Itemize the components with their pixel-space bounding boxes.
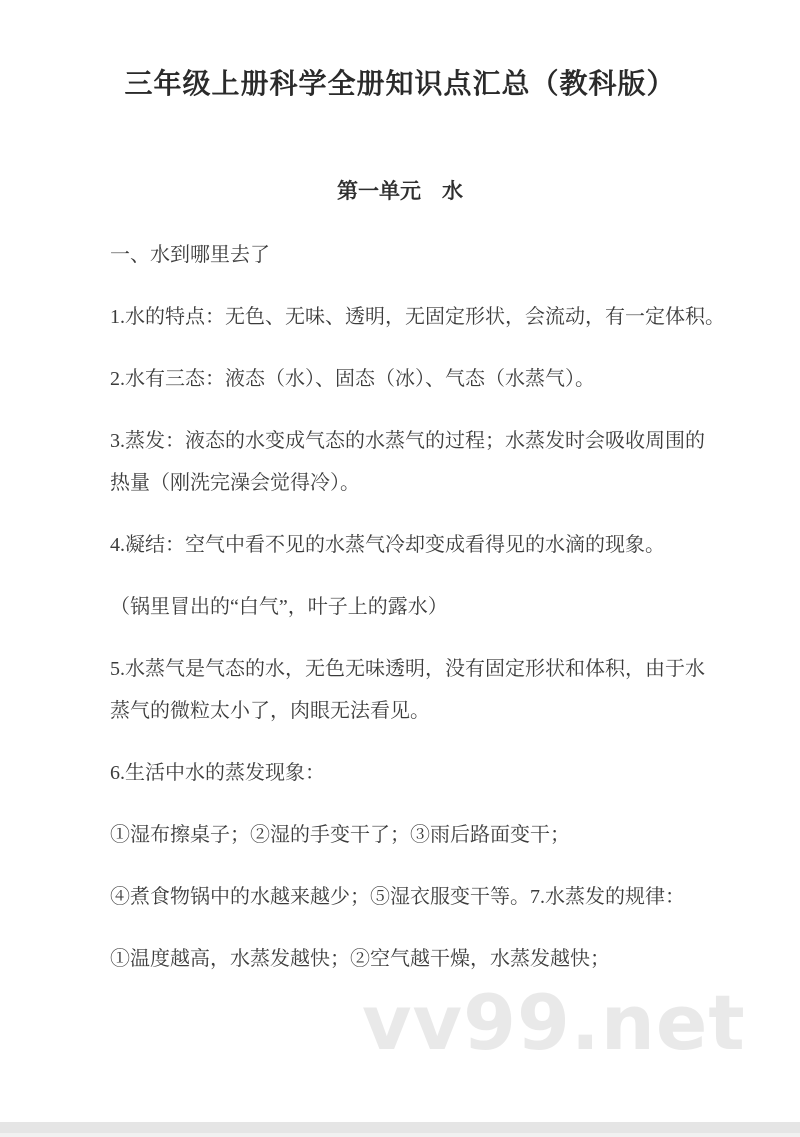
page-gap-divider (0, 1122, 800, 1133)
text-line: 4.凝结：空气中看不见的水蒸气冷却变成看得见的水滴的现象。 (110, 524, 710, 566)
paragraph: 2.水有三态：液态（水）、固态（冰）、气态（水蒸气）。 (110, 358, 710, 400)
text-line: ①温度越高，水蒸发越快；②空气越干燥，水蒸发越快； (110, 938, 710, 980)
text-line: 6.生活中水的蒸发现象： (110, 752, 710, 794)
text-line: 3.蒸发：液态的水变成气态的水蒸气的过程；水蒸发时会吸收周围的 (110, 420, 710, 462)
paragraph: ①湿布擦桌子；②湿的手变干了；③雨后路面变干； (110, 814, 710, 856)
text-line: 蒸气的微粒太小了，肉眼无法看见。 (110, 690, 710, 732)
text-line: （锅里冒出的“白气”，叶子上的露水） (110, 586, 710, 628)
text-line: 热量（刚洗完澡会觉得冷）。 (110, 462, 710, 504)
section-heading: 第一单元 水 (0, 176, 800, 206)
paragraph: （锅里冒出的“白气”，叶子上的露水） (110, 586, 710, 628)
paragraph: 3.蒸发：液态的水变成气态的水蒸气的过程；水蒸发时会吸收周围的热量（刚洗完澡会觉… (110, 420, 710, 504)
text-line: ①湿布擦桌子；②湿的手变干了；③雨后路面变干； (110, 814, 710, 856)
document-title: 三年级上册科学全册知识点汇总（教科版） (0, 64, 800, 106)
text-line: 5.水蒸气是气态的水，无色无味透明，没有固定形状和体积，由于水 (110, 648, 710, 690)
paragraph: 一、水到哪里去了 (110, 234, 710, 276)
text-line: 2.水有三态：液态（水）、固态（冰）、气态（水蒸气）。 (110, 358, 710, 400)
paragraph: ④煮食物锅中的水越来越少；⑤湿衣服变干等。7.水蒸发的规律： (110, 876, 710, 918)
paragraph: 1.水的特点：无色、无味、透明，无固定形状，会流动，有一定体积。 (110, 296, 710, 338)
text-line: 1.水的特点：无色、无味、透明，无固定形状，会流动，有一定体积。 (110, 296, 710, 338)
text-line: 一、水到哪里去了 (110, 234, 710, 276)
paragraph: 6.生活中水的蒸发现象： (110, 752, 710, 794)
document-body: 一、水到哪里去了1.水的特点：无色、无味、透明，无固定形状，会流动，有一定体积。… (110, 234, 710, 1000)
paragraph: 4.凝结：空气中看不见的水蒸气冷却变成看得见的水滴的现象。 (110, 524, 710, 566)
text-line: ④煮食物锅中的水越来越少；⑤湿衣服变干等。7.水蒸发的规律： (110, 876, 710, 918)
next-page-edge (0, 1133, 800, 1137)
paragraph: ①温度越高，水蒸发越快；②空气越干燥，水蒸发越快； (110, 938, 710, 980)
watermark-text: vv99.net (362, 985, 746, 1061)
paragraph: 5.水蒸气是气态的水，无色无味透明，没有固定形状和体积，由于水蒸气的微粒太小了，… (110, 648, 710, 732)
document-page: 三年级上册科学全册知识点汇总（教科版） 第一单元 水 一、水到哪里去了1.水的特… (0, 0, 800, 1137)
